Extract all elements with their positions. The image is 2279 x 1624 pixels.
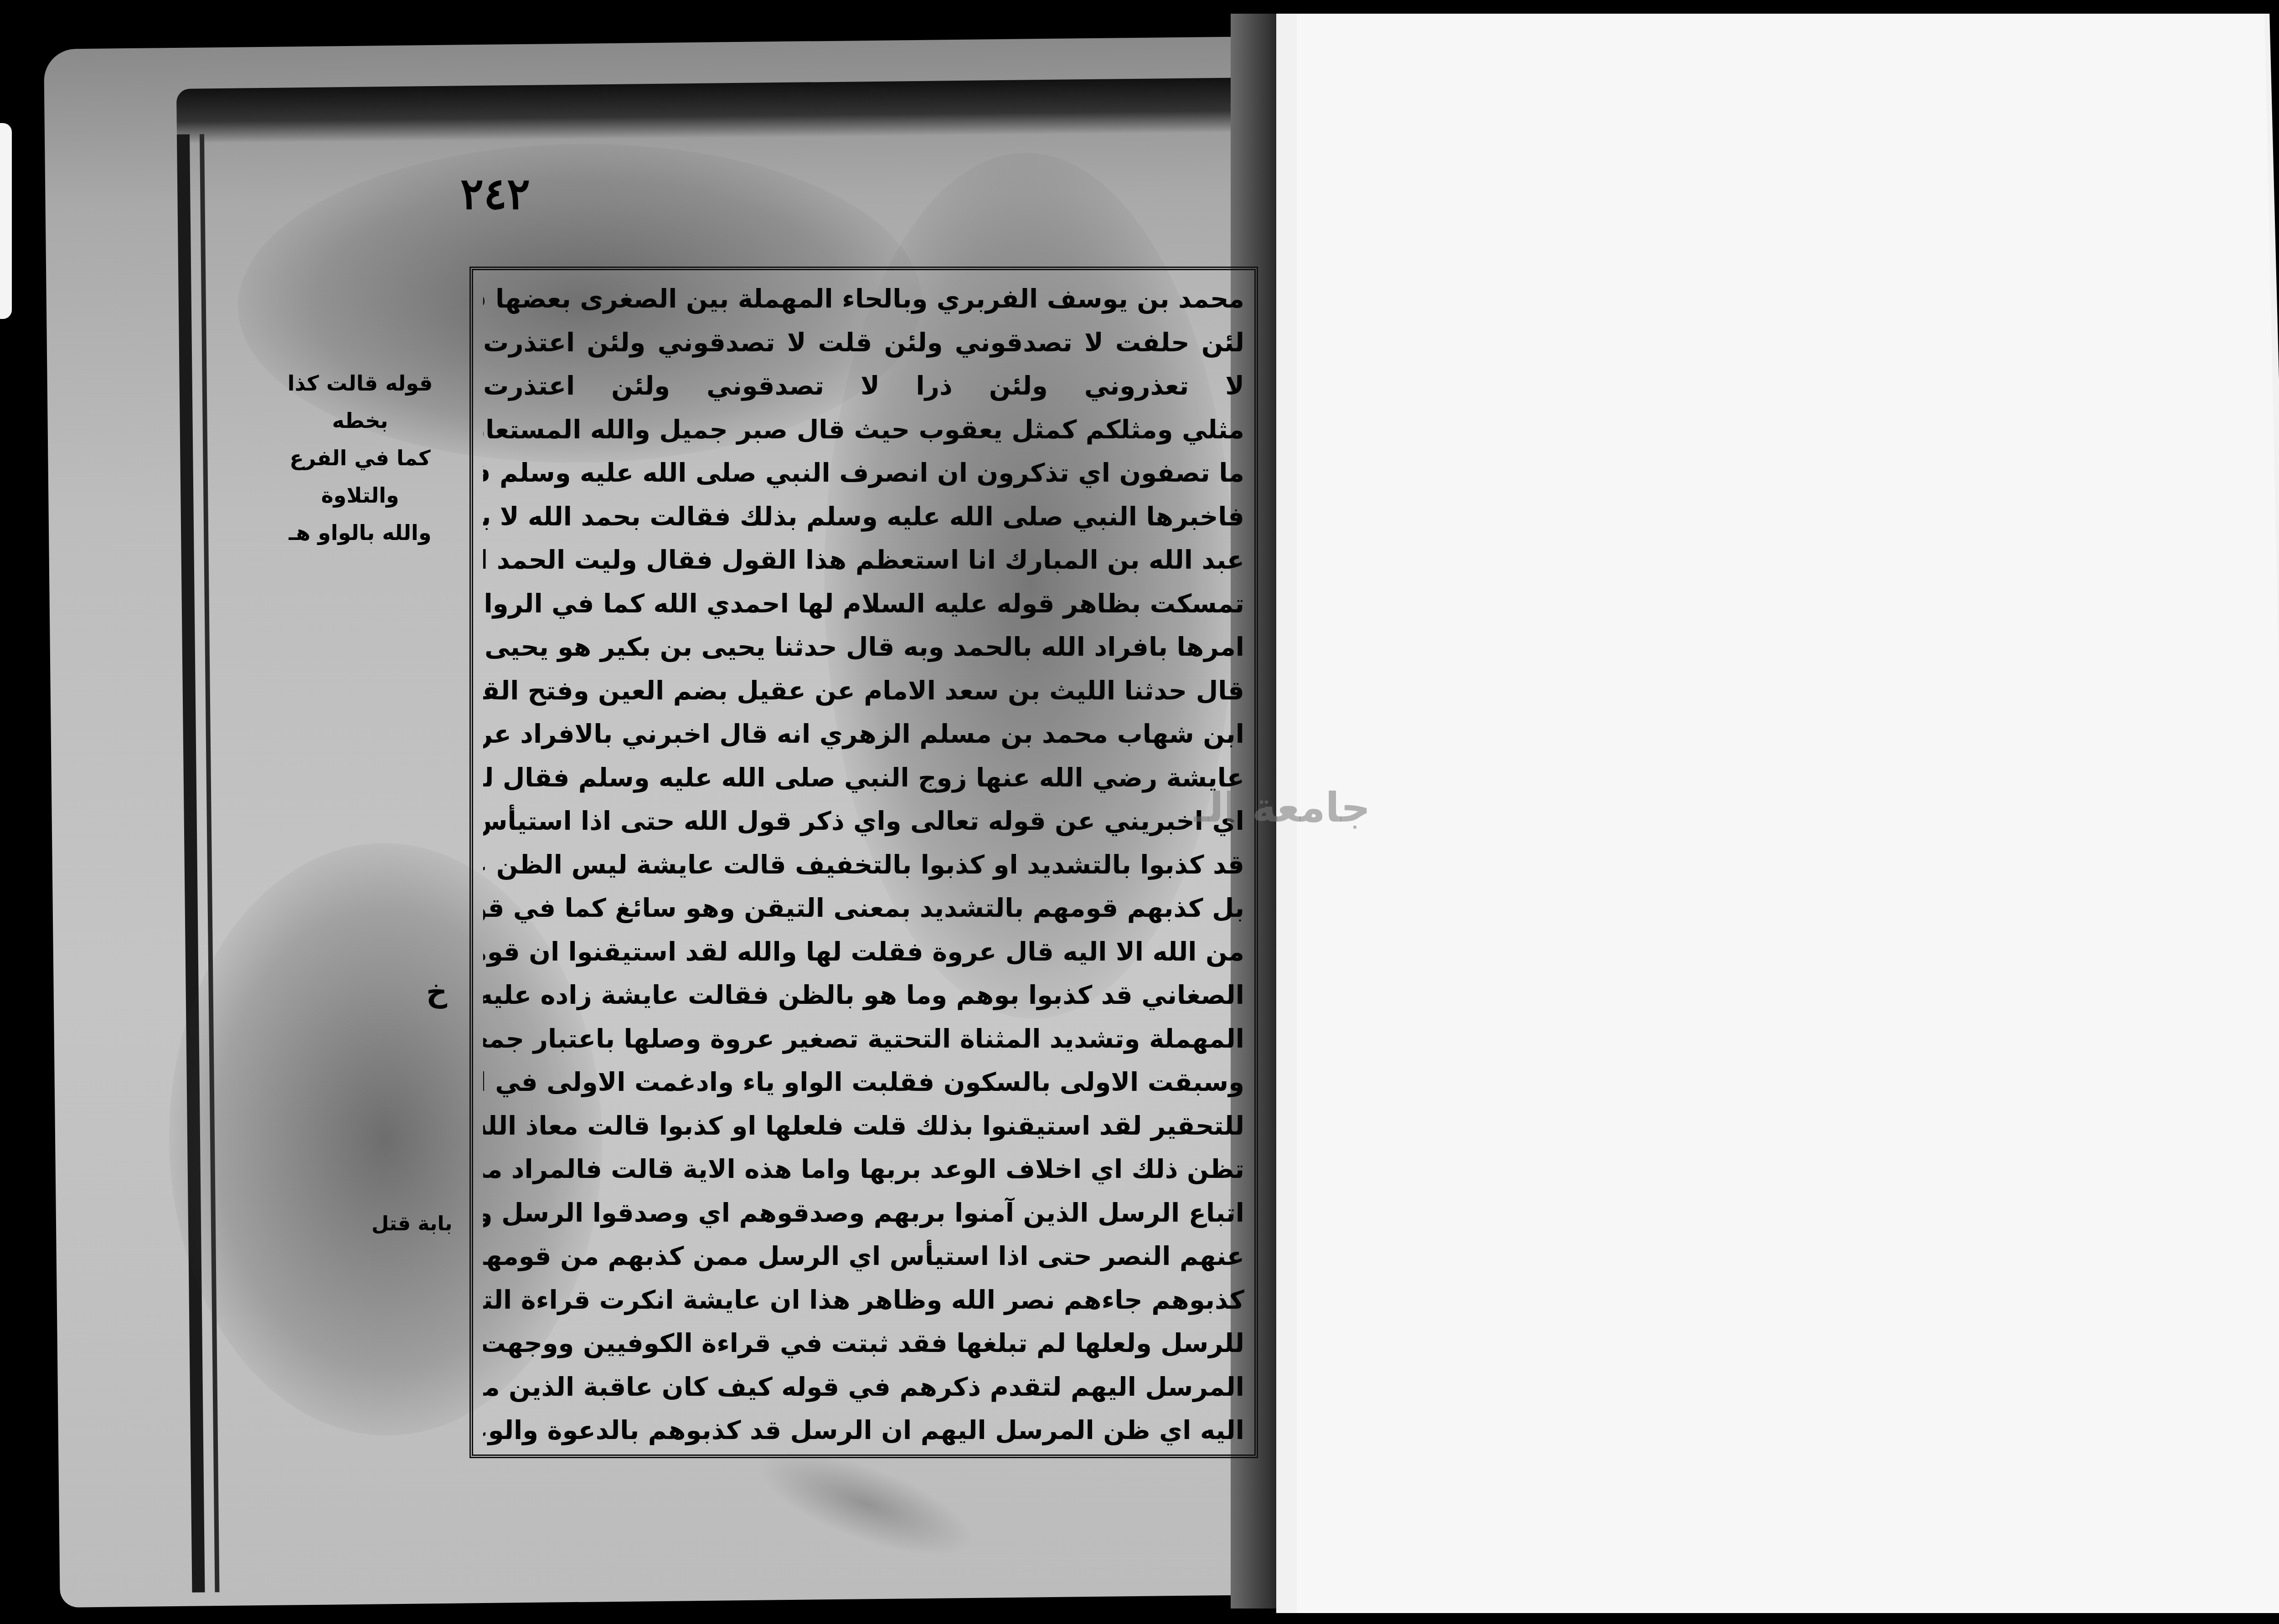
page-top-dark-band xyxy=(44,36,1274,49)
text-line: لئن حلفت لا تصدقوني ولئن قلت لا تصدقوني … xyxy=(483,321,1244,365)
text-line: للتحقير لقد استيقنوا بذلك قلت فلعلها او … xyxy=(483,1105,1244,1148)
text-line: مثلي ومثلكم كمثل يعقوب حيث قال صبر جميل … xyxy=(483,408,1244,452)
margin-note-correction: قوله قالت كذا بخطه كما في الفرع والتلاوة… xyxy=(260,365,460,551)
text-line: عنهم النصر حتى اذا استيأس اي الرسل ممن ك… xyxy=(483,1235,1244,1279)
text-line: قد كذبوا بالتشديد او كذبوا بالتخفيف قالت… xyxy=(483,843,1244,887)
text-line: اي اخبريني عن قوله تعالى واي ذكر قول الل… xyxy=(483,800,1244,843)
text-line: عايشة رضي الله عنها زوج النبي صلى الله ع… xyxy=(483,756,1244,800)
text-line: للرسل ولعلها لم تبلغها فقد ثبتت في قراءة… xyxy=(483,1322,1244,1366)
main-text-frame: محمد بن يوسف الفربري وبالحاء المهملة بين… xyxy=(469,267,1258,1458)
text-line: الصغاني قد كذبوا بوهم وما هو بالظن فقالت… xyxy=(483,974,1244,1018)
binding-line-inner xyxy=(200,134,220,1592)
margin-note-line: كما في الفرع والتلاوة xyxy=(260,439,460,514)
text-line: وسبقت الاولى بالسكون فقلبت الواو ياء واد… xyxy=(483,1061,1244,1105)
text-line: ابن شهاب محمد بن مسلم الزهري انه قال اخب… xyxy=(483,713,1244,756)
text-line: المهملة وتشديد المثناة التحتية تصغير عرو… xyxy=(483,1018,1244,1061)
text-line: محمد بن يوسف الفربري وبالحاء المهملة بين… xyxy=(483,278,1244,321)
margin-note-chapter: بابة قتل xyxy=(371,1212,453,1235)
binding-line xyxy=(177,134,205,1593)
scanner-edge-left xyxy=(0,123,12,319)
text-line: امرها بافراد الله بالحمد وبه قال حدثنا ي… xyxy=(483,626,1244,669)
library-watermark: جامعة الـ xyxy=(1194,784,1371,832)
text-line: عبد الله بن المبارك انا استعظم هذا القول… xyxy=(483,539,1244,582)
text-line: قال حدثنا الليث بن سعد الامام عن عقيل بض… xyxy=(483,669,1244,713)
text-line: بل كذبهم قومهم بالتشديد بمعنى التيقن وهو… xyxy=(483,887,1244,930)
margin-note-kha: خ xyxy=(426,975,447,1009)
text-line: تظن ذلك اي اخلاف الوعد بربها واما هذه ال… xyxy=(483,1148,1244,1192)
text-line: كذبوهم جاءهم نصر الله وظاهر هذا ان عايشة… xyxy=(483,1279,1244,1322)
text-line: اليه اي ظن المرسل اليهم ان الرسل قد كذبو… xyxy=(483,1409,1244,1453)
margin-note-line: قوله قالت كذا بخطه xyxy=(260,365,460,439)
text-line: فاخبرها النبي صلى الله عليه وسلم بذلك فق… xyxy=(483,495,1244,539)
text-line: اتباع الرسل الذين آمنوا بربهم وصدقوهم اي… xyxy=(483,1192,1244,1235)
text-line: من الله الا اليه قال عروة فقلت لها والله… xyxy=(483,930,1244,974)
margin-note-line: والله بالواو هـ xyxy=(260,514,460,551)
page-number: ٢٤٢ xyxy=(460,169,530,219)
right-blank-page xyxy=(1297,14,2279,1613)
text-line: المرسل اليهم لتقدم ذكرهم في قوله كيف كان… xyxy=(483,1366,1244,1409)
text-line: ما تصفون اي تذكرون ان انصرف النبي صلى ال… xyxy=(483,452,1244,495)
text-line: تمسكت بظاهر قوله عليه السلام لها احمدي ا… xyxy=(483,582,1244,626)
text-line: لا تعذروني ولئن ذرا لا تصدقوني ولئن اعتذ… xyxy=(483,365,1244,408)
